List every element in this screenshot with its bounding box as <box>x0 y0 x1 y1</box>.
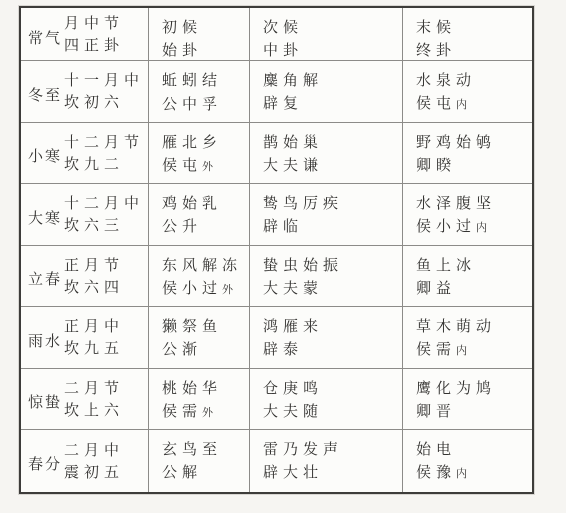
cell-chunfen-mohou: 始电 侯豫内 <box>403 430 532 492</box>
solar-term-hexagram-table: 常气 月中节 四正卦 初候 始卦 次候 中卦 末候 终卦 冬至 十一月中 坎初六 <box>19 6 534 494</box>
row-label-lichun: 立春 正月节 坎六四 <box>21 246 149 308</box>
cell-dongzhi-cihou: 麋角解 辟复 <box>250 61 403 123</box>
row-label-dongzhi: 冬至 十一月中 坎初六 <box>21 61 149 123</box>
cell-chunfen-chuhou: 玄鸟至 公解 <box>149 430 250 492</box>
cell-dongzhi-mohou: 水泉动 侯屯内 <box>403 61 532 123</box>
row-label-dahan: 大寒 十二月中 坎六三 <box>21 184 149 246</box>
cell-lichun-mohou: 鱼上冰 卿益 <box>403 246 532 308</box>
cell-yushui-chuhou: 獭祭鱼 公渐 <box>149 307 250 369</box>
cell-xiaohan-cihou: 鹊始巢 大夫谦 <box>250 123 403 185</box>
cell-dahan-cihou: 鸷鸟厉疾 辟临 <box>250 184 403 246</box>
header-hexagram-label: 四正卦 <box>64 34 124 56</box>
cell-dahan-mohou: 水泽腹坚 侯小过内 <box>403 184 532 246</box>
cell-xiaohan-mohou: 野鸡始鸲 卿睽 <box>403 123 532 185</box>
scanned-page: 常气 月中节 四正卦 初候 始卦 次候 中卦 末候 终卦 冬至 十一月中 坎初六 <box>0 0 566 513</box>
header-first-phase-cell: 初候 始卦 <box>149 8 250 61</box>
header-corner-cell: 常气 月中节 四正卦 <box>21 8 149 61</box>
cell-jingzhe-chuhou: 桃始华 侯需外 <box>149 369 250 431</box>
cell-xiaohan-chuhou: 雁北乡 侯屯外 <box>149 123 250 185</box>
cell-dongzhi-chuhou: 蚯蚓结 公中孚 <box>149 61 250 123</box>
cell-jingzhe-cihou: 仓庚鸣 大夫随 <box>250 369 403 431</box>
row-label-yushui: 雨水 正月中 坎九五 <box>21 307 149 369</box>
cell-lichun-cihou: 蛰虫始振 大夫蒙 <box>250 246 403 308</box>
cell-jingzhe-mohou: 鹰化为鸠 卿晋 <box>403 369 532 431</box>
cell-dahan-chuhou: 鸡始乳 公升 <box>149 184 250 246</box>
header-last-phase-cell: 末候 终卦 <box>403 8 532 61</box>
row-label-jingzhe: 惊蛰 二月节 坎上六 <box>21 369 149 431</box>
cell-yushui-cihou: 鸿雁来 辟泰 <box>250 307 403 369</box>
header-second-phase-cell: 次候 中卦 <box>250 8 403 61</box>
row-label-xiaohan: 小寒 十二月节 坎九二 <box>21 123 149 185</box>
row-label-chunfen: 春分 二月中 震初五 <box>21 430 149 492</box>
cell-chunfen-cihou: 雷乃发声 辟大壮 <box>250 430 403 492</box>
header-month-label: 月中节 <box>64 12 124 34</box>
cell-lichun-chuhou: 东风解冻 侯小过外 <box>149 246 250 308</box>
header-term-label: 常气 <box>28 27 62 48</box>
cell-yushui-mohou: 草木萌动 侯需内 <box>403 307 532 369</box>
